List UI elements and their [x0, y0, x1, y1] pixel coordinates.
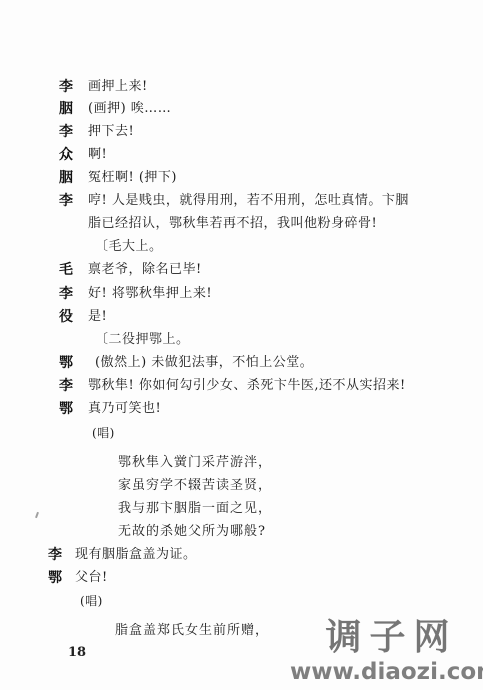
dialogue-text: 禀老爷，除名已毕! [88, 259, 202, 281]
dialogue-text: 真乃可笑也! [88, 398, 161, 420]
speaker-label: 李 [48, 544, 62, 566]
dialogue-text: 好! 将鄂秋隼押上来! [88, 283, 212, 305]
stage-direction-text: 〔二役押鄂上。 [95, 329, 190, 351]
document-page: 李 画押上来! 胭 (画押) 唉…… 李 押下去! 众 啊! 胭 冤枉啊! (押… [0, 0, 483, 690]
dialogue-text: 现有胭脂盒盖为证。 [75, 544, 197, 566]
sing-marker-text: (唱) [80, 590, 103, 612]
speaker-label: 毛 [59, 259, 73, 281]
speaker-label: 李 [59, 121, 73, 143]
speaker-label: 鄂 [48, 567, 62, 589]
dialogue-text: (傲然上) 未做犯法事，不怕上公堂。 [95, 352, 313, 374]
watermark: 调子网 www.diaozi.com [300, 618, 483, 686]
speaker-label: 鄂 [59, 398, 73, 420]
dialogue-text: 脂已经招认，鄂秋隼若再不招，我叫他粉身碎骨! [88, 213, 377, 235]
sing-marker-text: (唱) [92, 422, 115, 444]
dialogue-text: 画押上来! [88, 76, 148, 98]
stage-direction-text: 〔毛大上。 [95, 236, 163, 258]
verse-text: 鄂秋隼入黉门采芹游泮， [118, 452, 272, 474]
dialogue-text: 押下去! [88, 121, 134, 143]
watermark-title: 调子网 [300, 618, 483, 658]
speaker-label: 役 [59, 306, 73, 328]
dialogue-text: 是! [88, 306, 107, 328]
dialogue-text: 哼! 人是贱虫，就得用刑，若不用刑，怎吐真情。卞胭 [88, 190, 409, 212]
speaker-label: 胭 [59, 167, 73, 189]
dialogue-text: 父台! [75, 567, 108, 589]
speaker-label: 胭 [59, 98, 73, 120]
speaker-label: 李 [59, 283, 73, 305]
speaker-label: 众 [59, 144, 73, 166]
scan-artifact [35, 512, 39, 518]
verse-text: 家虽穷学不辍苦读圣贤， [118, 475, 272, 497]
speaker-label: 李 [59, 375, 73, 397]
dialogue-text: 鄂秋隼! 你如何勾引少女、杀死卞牛医,还不从实招来! [88, 375, 406, 397]
speaker-label: 李 [59, 190, 73, 212]
dialogue-text: (画押) 唉…… [88, 98, 171, 120]
dialogue-text: 啊! [88, 144, 107, 166]
verse-text: 脂盒盖郑氏女生前所赠， [115, 620, 269, 642]
speaker-label: 李 [59, 76, 73, 98]
dialogue-text: 冤枉啊! (押下) [88, 167, 177, 189]
watermark-url: www.diaozi.com [290, 658, 483, 686]
page-number: 18 [68, 645, 86, 660]
verse-text: 无故的杀她父所为哪般? [118, 521, 266, 543]
speaker-label: 鄂 [59, 352, 73, 374]
verse-text: 我与那卞胭脂一面之见， [118, 498, 272, 520]
